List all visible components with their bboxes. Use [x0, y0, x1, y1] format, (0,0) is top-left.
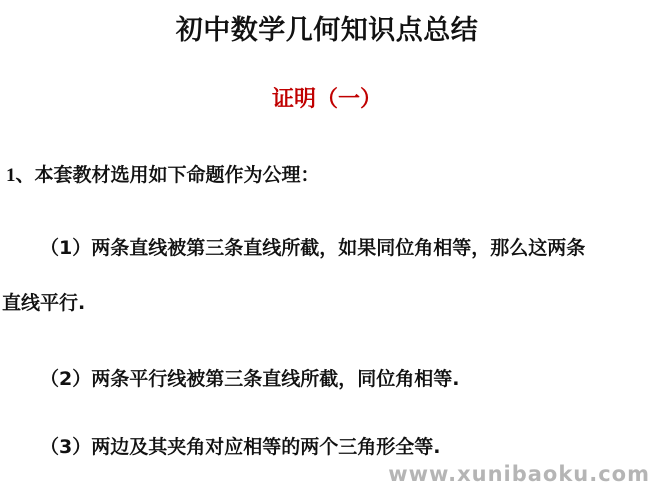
axiom-3: （3）两边及其夹角对应相等的两个三角形全等. [40, 432, 440, 459]
axiom-2-label: （2） [40, 368, 91, 390]
section-number: 1 [6, 165, 16, 186]
axiom-1-label: （1） [40, 237, 91, 259]
axiom-2: （2）两条平行线被第三条直线所截，同位角相等. [40, 364, 459, 391]
axiom-1-continuation: 直线平行. [2, 288, 85, 315]
section-heading: 1、本套教材选用如下命题作为公理： [6, 160, 320, 187]
section-heading-text: 、本套教材选用如下命题作为公理： [16, 164, 320, 186]
axiom-3-text: 两边及其夹角对应相等的两个三角形全等. [91, 436, 440, 458]
section-subtitle: 证明（一） [0, 82, 654, 113]
watermark: www.xunibaoku.com [388, 462, 650, 486]
axiom-2-text: 两条平行线被第三条直线所截，同位角相等. [91, 368, 459, 390]
axiom-1: （1）两条直线被第三条直线所截，如果同位角相等，那么这两条 [40, 233, 585, 260]
page-title: 初中数学几何知识点总结 [0, 8, 654, 47]
axiom-3-label: （3） [40, 436, 91, 458]
axiom-1-text: 两条直线被第三条直线所截，如果同位角相等，那么这两条 [91, 237, 585, 259]
